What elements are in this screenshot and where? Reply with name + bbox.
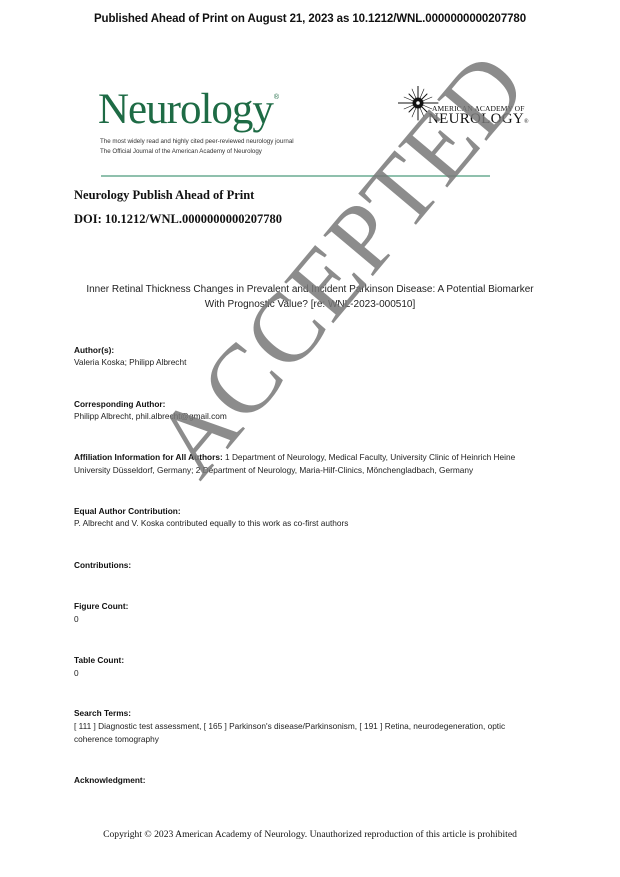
registered-mark: ®	[274, 94, 278, 101]
corresponding-author-label: Corresponding Author:	[74, 399, 165, 409]
corresponding-author-value: Philipp Albrecht, phil.albrecht@gmail.co…	[74, 410, 544, 423]
search-terms-value: [ 111 ] Diagnostic test assessment, [ 16…	[74, 720, 544, 746]
figure-count-value: 0	[74, 613, 544, 626]
equal-contribution-label: Equal Author Contribution:	[74, 506, 181, 516]
neurology-journal-logo: Neurology®	[98, 88, 278, 131]
equal-contribution-value: P. Albrecht and V. Koska contributed equ…	[74, 517, 544, 530]
registered-mark: ®	[524, 119, 529, 125]
publication-banner: Published Ahead of Print on August 21, 2…	[0, 13, 620, 25]
aan-logo-line-2: NEUROLOGY®	[428, 111, 529, 128]
search-terms-label: Search Terms:	[74, 708, 131, 718]
journal-official-line: The Official Journal of the American Aca…	[100, 149, 262, 155]
header-divider	[101, 175, 490, 177]
authors-label: Author(s):	[74, 345, 114, 355]
affiliation-label: Affiliation Information for All Authors:	[74, 452, 223, 462]
affiliation-block: Affiliation Information for All Authors:…	[74, 451, 544, 477]
authors-value: Valeria Koska; Philipp Albrecht	[74, 356, 544, 369]
figure-count-label: Figure Count:	[74, 601, 128, 611]
journal-logo-text: Neurology	[98, 86, 273, 133]
article-title: Inner Retinal Thickness Changes in Preva…	[60, 282, 560, 312]
table-count-value: 0	[74, 667, 544, 680]
acknowledgment-label: Acknowledgment:	[74, 775, 145, 785]
copyright-footer: Copyright © 2023 American Academy of Neu…	[0, 829, 620, 840]
table-count-label: Table Count:	[74, 655, 124, 665]
contributions-label: Contributions:	[74, 560, 131, 570]
affiliation-value: 1 Department of Neurology, Medical Facul…	[223, 452, 516, 462]
journal-tagline: The most widely read and highly cited pe…	[100, 139, 294, 145]
publish-ahead-heading: Neurology Publish Ahead of Print	[74, 188, 254, 203]
doi-heading: DOI: 10.1212/WNL.0000000000207780	[74, 212, 282, 227]
